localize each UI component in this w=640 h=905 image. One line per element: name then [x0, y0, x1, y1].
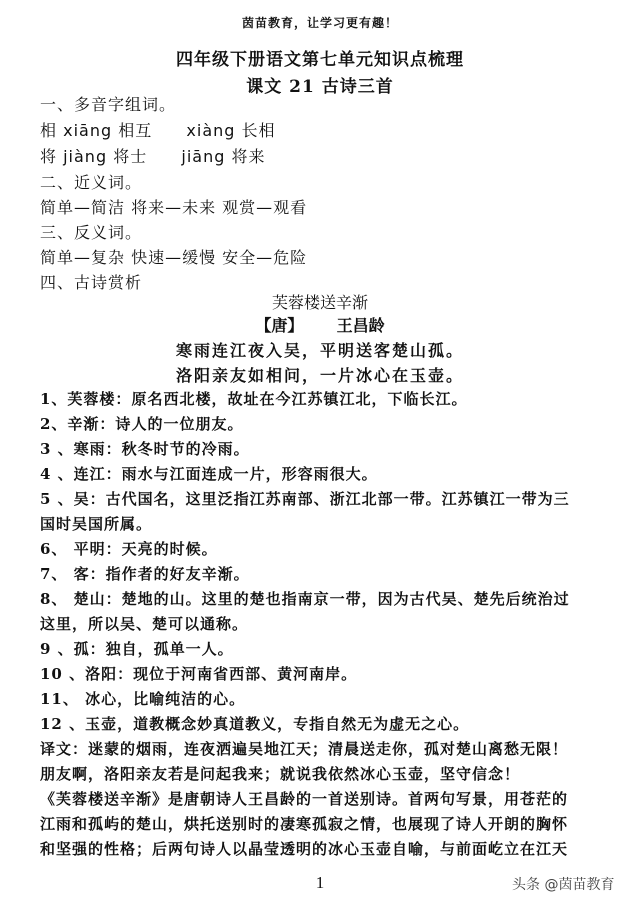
polyphone-char: 将: [40, 147, 57, 166]
header-slogan: 茵苗教育，让学习更有趣！: [0, 14, 640, 31]
poem-title: 芙蓉楼送辛渐: [0, 290, 640, 313]
note-item-continued: 国时吴国所属。: [40, 513, 152, 534]
pinyin: jiāng: [181, 147, 225, 166]
note-item-continued: 这里，所以吴、楚可以通称。: [40, 613, 248, 634]
section-heading-antonyms: 三、反义词。: [40, 220, 142, 243]
polyphone-char: 相: [40, 121, 57, 140]
note-item: 8、 楚山：楚地的山。这里的楚也指南京一带，因为古代吴、楚先后统治过: [40, 588, 570, 609]
translation-line: 译文：迷蒙的烟雨，连夜洒遍吴地江天；清晨送走你，孤对楚山离愁无限！: [40, 738, 568, 759]
section-heading-polyphones: 一、多音字组词。: [40, 92, 176, 115]
word: 将来: [232, 147, 266, 166]
analysis-line: 和坚强的性格；后两句诗人以晶莹透明的冰心玉壶自喻，与前面屹立在江天: [40, 838, 568, 859]
antonyms-content: 简单—复杂 快速—缓慢 安全—危险: [40, 245, 307, 268]
document-title: 四年级下册语文第七单元知识点梳理: [0, 45, 640, 70]
word: 相互: [118, 121, 152, 140]
synonyms-content: 简单—简洁 将来—未来 观赏—观看: [40, 195, 307, 218]
pinyin: jiàng: [63, 147, 107, 166]
note-item: 1、芙蓉楼：原名西北楼，故址在今江苏镇江北，下临长江。: [40, 388, 467, 409]
polyphone-row: 将 jiàng 将士 jiāng 将来: [40, 144, 266, 167]
translation-line: 朋友啊，洛阳亲友若是问起我来；就说我依然冰心玉壶，坚守信念！: [40, 763, 520, 784]
pinyin: xiàng: [186, 121, 235, 140]
note-item: 5 、吴：古代国名，这里泛指江苏南部、浙江北部一带。江苏镇江一带为三: [40, 488, 570, 509]
analysis-line: 《芙蓉楼送辛渐》是唐朝诗人王昌龄的一首送别诗。首两句写景，用苍茫的: [40, 788, 568, 809]
pinyin: xiāng: [63, 121, 112, 140]
poem-line: 洛阳亲友如相问，一片冰心在玉壶。: [0, 363, 640, 386]
poem-byline: 【唐】 王昌龄: [0, 313, 640, 336]
note-item: 3 、寒雨：秋冬时节的冷雨。: [40, 438, 250, 459]
polyphone-row: 相 xiāng 相互 xiàng 长相: [40, 118, 276, 141]
note-item: 12 、玉壶，道教概念妙真道教义，专指自然无为虚无之心。: [40, 713, 469, 734]
word: 将士: [113, 147, 147, 166]
poem-dynasty: 【唐】: [255, 316, 303, 335]
note-item: 4 、连江：雨水与江面连成一片，形容雨很大。: [40, 463, 378, 484]
note-item: 11、 冰心，比喻纯洁的心。: [40, 688, 245, 709]
note-item: 9 、孤：独自，孤单一人。: [40, 638, 234, 659]
note-item: 10 、洛阳：现位于河南省西部、黄河南岸。: [40, 663, 357, 684]
note-item: 6、 平明：天亮的时候。: [40, 538, 218, 559]
section-heading-synonyms: 二、近义词。: [40, 170, 142, 193]
word: 长相: [242, 121, 276, 140]
poem-line: 寒雨连江夜入吴，平明送客楚山孤。: [0, 338, 640, 361]
watermark: 头条 @茵苗教育: [512, 874, 614, 894]
analysis-line: 江雨和孤屿的楚山，烘托送别时的凄寒孤寂之情，也展现了诗人开朗的胸怀: [40, 813, 568, 834]
note-item: 2、辛渐：诗人的一位朋友。: [40, 413, 243, 434]
poem-author: 王昌龄: [337, 316, 385, 335]
note-item: 7、 客：指作者的好友辛渐。: [40, 563, 250, 584]
